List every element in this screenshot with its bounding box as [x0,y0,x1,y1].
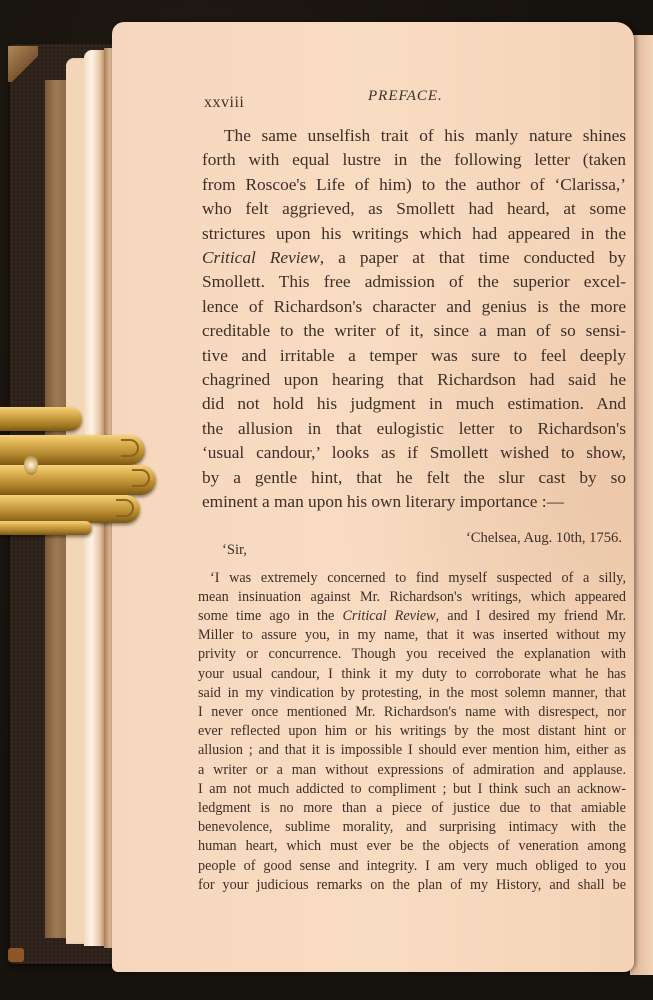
text-line: from Roscoe's Life of him) to the author… [202,173,626,197]
text-line: chagrined upon hearing that Richardson h… [202,368,626,392]
letter-line: ledgment is no more than a piece of just… [198,799,626,818]
letter-line: ‘I was extremely concerned to find mysel… [198,569,626,588]
fingernail-icon [121,439,139,457]
text-line: The same unselfish trait of his manly na… [202,124,626,148]
letter-line: benevolence, sublime morality, and surpr… [198,818,626,837]
letter-line: Miller to assure you, in my name, that i… [198,626,626,645]
letter-line: privity or concurrence. Though you recei… [198,645,626,664]
cover-corner-wear-bottom [8,948,24,962]
hand-finger [0,435,145,465]
letter-line: ever reflected upon him or his writings … [198,722,626,741]
hand-finger [0,465,156,495]
text-line: tive and irritable a temper was sure to … [202,344,626,368]
letter-line: people of good sense and integrity. I am… [198,857,626,876]
book-page: xxviii PREFACE. The same unselfish trait… [112,22,634,972]
letter-line: allusion ; and that it is impossible I s… [198,741,626,760]
text-line: eminent a man upon his own literary impo… [202,490,626,514]
hand-finger [0,495,140,523]
text-line: Smollett. This free admission of the sup… [202,270,626,294]
letter-line: your usual candour, I think it my duty t… [198,665,626,684]
italic-title: Critical Review [202,248,320,267]
cover-corner-wear [8,46,38,82]
text-line: who felt aggrieved, as Smollett had hear… [202,197,626,221]
letter-line: mean insinuation against Mr. Richardson'… [198,588,626,607]
hand-wrist [0,521,92,535]
letter-greeting: ‘Sir, [222,541,247,560]
text-line: ‘usual candour,’ looks as if Smollett wi… [202,441,626,465]
text-column: xxviii PREFACE. The same unselfish trait… [198,88,626,895]
text-line: lence of Richardson's character and geni… [202,295,626,319]
letter-dateline: ‘Chelsea, Aug. 10th, 1756. [466,529,622,548]
fingernail-icon [132,469,150,487]
hand-thumb [0,407,82,431]
letter-line: said in my vindication by protesting, in… [198,684,626,703]
text-line: creditable to the writer of it, since a … [202,319,626,343]
text-line: Critical Review, a paper at that time co… [202,246,626,270]
text-line: the allusion in that eulogistic letter t… [202,417,626,441]
letter-line: a writer or a man without expressions of… [198,761,626,780]
fingernail-icon [116,499,134,517]
text-line: forth with equal lustre in the following… [202,148,626,172]
letter-line: some time ago in the Critical Review, an… [198,607,626,626]
letter-head: ‘Chelsea, Aug. 10th, 1756. ‘Sir, [198,529,626,569]
body-paragraph: The same unselfish trait of his manly na… [198,124,626,515]
running-head: xxviii PREFACE. [198,88,626,114]
letter-line: I never once mentioned Mr. Richardson's … [198,703,626,722]
text-line: did not hold his judgment in much estima… [202,392,626,416]
text-line: strictures upon his writings which had a… [202,222,626,246]
ring-icon [24,455,38,475]
quoted-letter: ‘Chelsea, Aug. 10th, 1756. ‘Sir, ‘I was … [198,529,626,895]
page-number: xxviii [204,94,244,112]
letter-line: human heart, which must ever be the obje… [198,837,626,856]
text-line: by a gentle hint, that he felt the slur … [202,466,626,490]
running-head-title: PREFACE. [368,88,443,105]
letter-line: for your judicious remarks on the plan o… [198,876,626,895]
gold-hand-clip [0,405,160,533]
letter-line: I am not much addicted to compliment ; b… [198,780,626,799]
